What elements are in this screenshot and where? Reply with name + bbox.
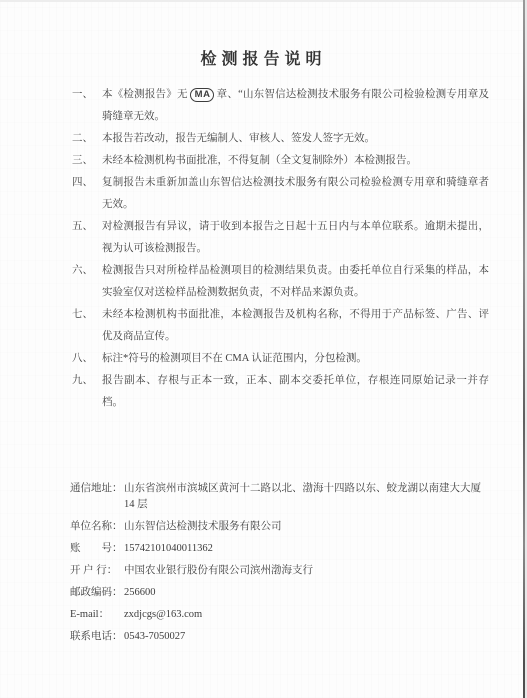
page-title: 检测报告说明 <box>0 48 527 72</box>
report-note-item: 九、 报告副本、存根与正本一致，正本、副本交委托单位，存根连同原始记录一并存档。 <box>72 370 489 414</box>
contact-label: 联系电话： <box>70 629 124 645</box>
note-number: 八、 <box>72 348 102 370</box>
contact-label: 通信地址： <box>70 481 124 512</box>
report-note-item: 四、 复制报告未重新加盖山东智信达检测技术服务有限公司检验检测专用章和骑缝章者无… <box>72 172 489 216</box>
note-number: 一、 <box>72 84 102 128</box>
contact-label: 单位名称： <box>70 519 124 535</box>
report-note-item: 八、 标注*符号的检测项目不在 CMA 认证范围内，分包检测。 <box>72 348 489 370</box>
note-text: 本《检测报告》无MA章、“山东智信达检测技术服务有限公司检验检测专用章及骑缝章无… <box>102 84 489 128</box>
note-number: 三、 <box>72 150 102 172</box>
report-note-item: 三、 未经本检测机构书面批准，不得复制（全文复制除外）本检测报告。 <box>72 150 489 172</box>
note-number: 五、 <box>72 216 102 260</box>
scan-edge-top-artifact <box>0 0 527 2</box>
contact-row: 邮政编码： 256600 <box>70 585 487 601</box>
contact-row: 通信地址： 山东省滨州市滨城区黄河十二路以北、渤海十四路以东、蛟龙湖以南建大大厦… <box>70 481 487 512</box>
contact-value: 中国农业银行股份有限公司滨州渤海支行 <box>124 563 487 579</box>
note-text: 复制报告未重新加盖山东智信达检测技术服务有限公司检验检测专用章和骑缝章者无效。 <box>102 172 489 216</box>
contact-row: 账 号： 15742101040011362 <box>70 541 487 557</box>
note-number: 九、 <box>72 370 102 414</box>
notes-list: 一、 本《检测报告》无MA章、“山东智信达检测技术服务有限公司检验检测专用章及骑… <box>72 84 489 414</box>
contact-label: 账 号： <box>70 541 124 557</box>
contact-value: 山东省滨州市滨城区黄河十二路以北、渤海十四路以东、蛟龙湖以南建大大厦 14 层 <box>124 481 487 512</box>
contact-label: E-mail： <box>70 607 124 623</box>
contact-row: 联系电话： 0543-7050027 <box>70 629 487 645</box>
note-number: 四、 <box>72 172 102 216</box>
note-text: 标注*符号的检测项目不在 CMA 认证范围内，分包检测。 <box>102 348 489 370</box>
report-note-item: 二、 本报告若改动，报告无编制人、审核人、签发人签字无效。 <box>72 128 489 150</box>
contact-value: 256600 <box>124 585 487 601</box>
scanned-report-notes-page: 检测报告说明 一、 本《检测报告》无MA章、“山东智信达检测技术服务有限公司检验… <box>0 0 527 698</box>
contact-value: zxdjcgs@163.com <box>124 607 487 623</box>
note-text: 未经本检测机构书面批准，本检测报告及机构名称，不得用于产品标签、广告、评优及商品… <box>102 304 489 348</box>
contact-row: 开 户 行： 中国农业银行股份有限公司滨州渤海支行 <box>70 563 487 579</box>
report-note-item: 一、 本《检测报告》无MA章、“山东智信达检测技术服务有限公司检验检测专用章及骑… <box>72 84 489 128</box>
note-text-pre: 本《检测报告》无 <box>102 89 188 100</box>
contact-value: 15742101040011362 <box>124 541 487 557</box>
note-number: 二、 <box>72 128 102 150</box>
note-text: 未经本检测机构书面批准，不得复制（全文复制除外）本检测报告。 <box>102 150 489 172</box>
contact-row: E-mail： zxdjcgs@163.com <box>70 607 487 623</box>
scan-edge-right-artifact <box>523 0 525 698</box>
note-number: 七、 <box>72 304 102 348</box>
note-number: 六、 <box>72 260 102 304</box>
contact-label: 邮政编码： <box>70 585 124 601</box>
cma-stamp-badge-icon: MA <box>190 88 215 102</box>
contact-block: 通信地址： 山东省滨州市滨城区黄河十二路以北、渤海十四路以东、蛟龙湖以南建大大厦… <box>70 481 487 651</box>
report-note-item: 五、 对检测报告有异议，请于收到本报告之日起十五日内与本单位联系。逾期未提出，视… <box>72 216 489 260</box>
report-note-item: 七、 未经本检测机构书面批准，本检测报告及机构名称，不得用于产品标签、广告、评优… <box>72 304 489 348</box>
contact-value: 0543-7050027 <box>124 629 487 645</box>
note-text: 本报告若改动，报告无编制人、审核人、签发人签字无效。 <box>102 128 489 150</box>
report-note-item: 六、 检测报告只对所检样品检测项目的检测结果负责。由委托单位自行采集的样品，本实… <box>72 260 489 304</box>
contact-label: 开 户 行： <box>70 563 124 579</box>
note-text: 报告副本、存根与正本一致，正本、副本交委托单位，存根连同原始记录一并存档。 <box>102 370 489 414</box>
note-text: 对检测报告有异议，请于收到本报告之日起十五日内与本单位联系。逾期未提出，视为认可… <box>102 216 489 260</box>
note-text: 检测报告只对所检样品检测项目的检测结果负责。由委托单位自行采集的样品，本实验室仅… <box>102 260 489 304</box>
contact-value: 山东智信达检测技术服务有限公司 <box>124 519 487 535</box>
contact-row: 单位名称： 山东智信达检测技术服务有限公司 <box>70 519 487 535</box>
